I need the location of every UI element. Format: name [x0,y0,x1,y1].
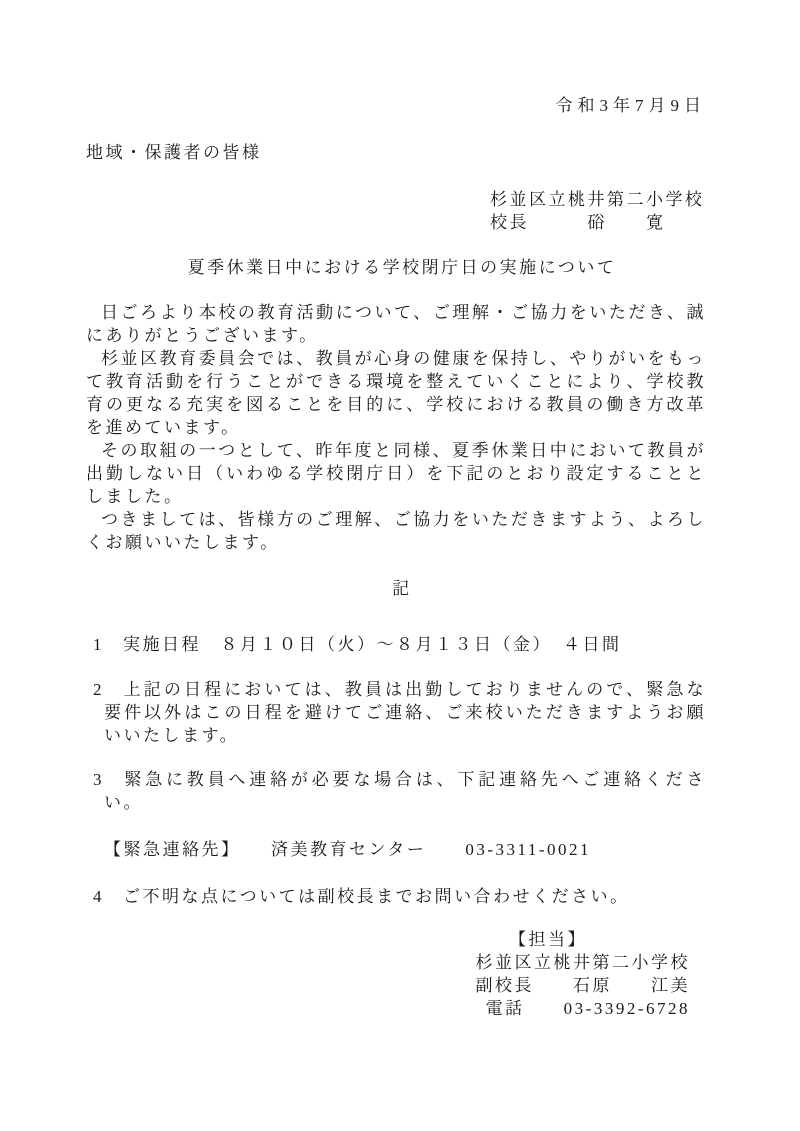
item-text: 上記の日程においては、教員は出勤しておりませんので、緊急な要件以外はこの日程を避… [104,680,706,745]
item-number: 4 [93,887,104,906]
ki-marker: 記 [86,577,706,600]
item-text: 実施日程 ８月１０日（火）～８月１３日（金） ４日間 [123,635,622,654]
list-item-no-staff: 2上記の日程においては、教員は出勤しておりませんので、緊急な要件以外はこの日程を… [86,678,706,747]
footer-school: 杉並区立桃井第二小学校 [86,951,690,974]
list-item-inquiry: 4ご不明な点については副校長までお問い合わせください。 [86,885,706,908]
item-text: 緊急に教員へ連絡が必要な場合は、下記連絡先へご連絡ください。 [104,770,706,812]
sender-block: 杉並区立桃井第二小学校 校長 硲 寛 [490,188,706,234]
paragraph-board-policy: 杉並区教育委員会では、教員が心身の健康を保持し、やりがいをもって教育活動を行うこ… [86,347,706,439]
paragraph-request: つきましては、皆様方のご理解、ご協力をいただきますよう、よろしくお願いいたします… [86,508,706,554]
item-text: ご不明な点については副校長までお問い合わせください。 [123,887,630,906]
item-number: 1 [93,635,104,654]
contact-footer: 【担当】 杉並区立桃井第二小学校 副校長 石原 江美 電話 03-3392-67… [86,928,706,1020]
recipient-line: 地域・保護者の皆様 [86,141,706,164]
footer-vice-principal: 副校長 石原 江美 [86,974,690,997]
paragraph-closure-notice: その取組の一つとして、昨年度と同様、夏季休業日中において教員が出勤しない日（いわ… [86,439,706,508]
document-title: 夏季休業日中における学校閉庁日の実施について [86,256,706,279]
item-number: 3 [93,770,104,789]
list-item-emergency: 3緊急に教員へ連絡が必要な場合は、下記連絡先へご連絡ください。 [86,768,706,814]
footer-phone: 電話 03-3392-6728 [86,997,690,1020]
letter-page: 令和3年7月9日 地域・保護者の皆様 杉並区立桃井第二小学校 校長 硲 寛 夏季… [0,0,800,1131]
document-date: 令和3年7月9日 [86,94,706,117]
body-text: 日ごろより本校の教育活動について、ご理解・ご協力をいただき、誠にありがとうござい… [86,301,706,554]
footer-heading: 【担当】 [86,928,690,951]
emergency-contact-line: 【緊急連絡先】 済美教育センター 03-3311-0021 [86,838,706,861]
item-number: 2 [93,680,104,699]
paragraph-greeting: 日ごろより本校の教育活動について、ご理解・ご協力をいただき、誠にありがとうござい… [86,301,706,347]
list-item-schedule: 1実施日程 ８月１０日（火）～８月１３日（金） ４日間 [86,633,706,656]
sender-school: 杉並区立桃井第二小学校 [490,188,706,211]
sender-principal: 校長 硲 寛 [490,211,706,234]
